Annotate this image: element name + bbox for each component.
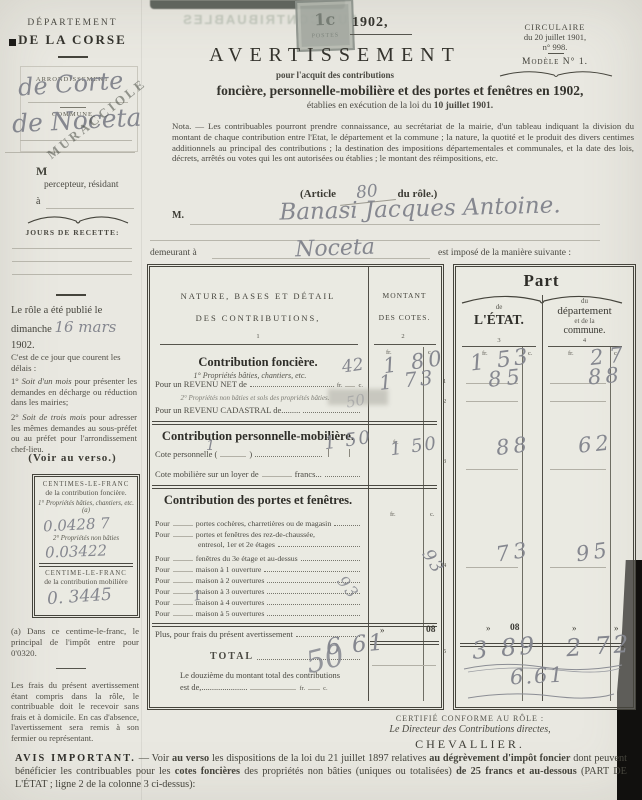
- value-guide: [466, 401, 518, 402]
- ink-grand-total: 6.61: [509, 663, 565, 690]
- total-label: TOTAL: [210, 651, 254, 662]
- delai-1: 1° Soit d'un mois pour présenter les dem…: [11, 376, 137, 408]
- ink-etat-personnelle: 88: [495, 432, 532, 460]
- percepteur-m: M: [36, 164, 47, 179]
- pour-label: Pour: [155, 519, 170, 528]
- portes-row-label: maison à 1 ouverture: [196, 565, 262, 574]
- dept-etla-label: et de la: [542, 317, 627, 325]
- ruled-line: [12, 248, 132, 249]
- delai-2: 2° Soit de trois mois pour adresser les …: [11, 412, 137, 454]
- portes-row-1: Pourportes cochères, charretières ou de …: [155, 519, 363, 528]
- value-guide: [550, 469, 606, 470]
- pour-label: Pour: [155, 565, 170, 574]
- blank-slot: [173, 560, 193, 561]
- avis-b3: au dégrèvement d'impôt foncier: [429, 753, 570, 764]
- avis-t2: les dispositions de la loi du 21 juillet…: [209, 753, 429, 764]
- pour-label: Pour: [155, 530, 170, 539]
- dot-leader: [301, 560, 360, 561]
- percepteur-line: percepteur, résidant: [44, 180, 119, 190]
- value-guide: [466, 469, 518, 470]
- revenu-cadastral-row: Pour un REVENU CADASTRAL de.........: [155, 405, 363, 415]
- dept-frais-fr: »: [572, 623, 577, 633]
- scanned-tax-notice: AUX CONTRIBUABLES 1c POSTES DÉPARTEMENT …: [0, 0, 642, 800]
- certify-signature: CHEVALLIER.: [340, 737, 600, 752]
- portes-row-7: Pourmaison à 4 ouvertures: [155, 598, 363, 607]
- dept-label: département: [542, 305, 627, 317]
- portes-row-5: Pourmaison à 2 ouvertures: [155, 576, 363, 585]
- portes-row-label: maison à 2 ouvertures: [196, 576, 265, 585]
- etat-de-label: de: [456, 303, 542, 311]
- blank-slot: [220, 456, 246, 457]
- annee: 1902,: [352, 15, 389, 31]
- divider: [350, 34, 412, 35]
- dept-fr-label: fr.: [568, 350, 574, 357]
- ruled-line: [12, 261, 132, 262]
- circulaire-block: CIRCULAIRE du 20 juillet 1901, n° 998.: [496, 22, 614, 52]
- centimes-title3: CENTIME-LE-FRANC: [35, 570, 137, 577]
- portes-row-6: Pourmaison à 3 ouvertures: [155, 587, 363, 596]
- centimes-value3-handwritten: 0. 3445: [46, 583, 137, 609]
- dot-leader: [303, 412, 360, 413]
- stamp-word: POSTES: [298, 32, 352, 40]
- inline-c: c.: [358, 382, 363, 389]
- departement-name: DE LA CORSE: [5, 32, 140, 48]
- role-line3: 1902.: [11, 340, 35, 351]
- pour-label: Pour: [155, 576, 170, 585]
- certify-line1: CERTIFIÉ CONFORME AU RÔLE :: [340, 714, 600, 723]
- section-divider: [152, 485, 437, 489]
- centimes-value1-handwritten: 0.0428 7: [43, 513, 138, 536]
- divider: [56, 668, 86, 669]
- nota-paragraph: Nota. — Les contribuables pourront prend…: [172, 121, 634, 164]
- grand-flourish: [466, 691, 616, 701]
- avis-b5: de 25 francs et au-dessous: [456, 766, 577, 777]
- avis-important: AVIS IMPORTANT. — Voir au verso les disp…: [15, 752, 627, 791]
- role-date-handwritten: 16 mars: [54, 318, 116, 336]
- col2-header-rule: [374, 344, 436, 345]
- portes-row-2b: entresol, 1er et 2e étages: [198, 540, 363, 549]
- portes-row-3: Pourfenêtres du 3e étage et au-dessus: [155, 554, 363, 563]
- ink-revenu-net: 42: [341, 355, 365, 378]
- col1-header-line2: DES CONTRIBUTIONS,: [150, 313, 366, 323]
- divider: [58, 56, 88, 61]
- portes-c-label: c.: [430, 511, 435, 518]
- divider: [56, 294, 86, 296]
- col1-header-line1: NATURE, BASES ET DÉTAIL: [150, 291, 366, 301]
- section-portes-title: Contribution des portes et fenêtres.: [150, 493, 366, 508]
- centimes-title1: CENTIMES-LE-FRANC: [35, 481, 137, 488]
- row-index-2: 2: [443, 398, 446, 405]
- ink-etat-fonciere-nonbaties: 85: [487, 364, 526, 392]
- residence-label: demeurant à: [150, 248, 197, 258]
- row-index-5: 5: [443, 648, 446, 655]
- ink-revenu-cadastral: 50: [345, 390, 367, 411]
- blank-slot: [173, 536, 193, 537]
- ruled-line: [46, 208, 134, 209]
- header-line2: foncière, personnelle-mobilière et des p…: [160, 83, 640, 99]
- percepteur-a: à: [36, 196, 40, 207]
- col2-number: 2: [368, 333, 438, 340]
- portes-row-8: Pourmaison à 5 ouvertures: [155, 609, 363, 618]
- blank-slot: [308, 689, 320, 690]
- centimes-item1: 1° Propriétés bâties, chantiers, etc. (a…: [35, 500, 137, 514]
- dot-leader: [267, 615, 360, 616]
- voir-verso: (Voir au verso.): [5, 452, 140, 464]
- pour-label: Pour: [155, 609, 170, 618]
- dot-leader: [325, 476, 360, 477]
- name-label: M.: [172, 210, 184, 221]
- avis-t1: — Voir: [136, 753, 172, 764]
- ink-dept-personnelle: 62: [577, 430, 614, 457]
- residence-handwritten: Noceta: [250, 233, 421, 264]
- name-handwritten: Banasi Jacques Antoine.: [240, 191, 601, 226]
- certify-line2: Le Directeur des Contributions directes,: [340, 724, 600, 735]
- role-line1: Le rôle a été publié le: [11, 305, 102, 316]
- portes-row-label: fenêtres du 3e étage et au-dessus: [196, 554, 298, 563]
- ruled-line: [5, 152, 135, 153]
- delai-1-num: 1°: [11, 376, 22, 386]
- col2-header-line2: DES COTES.: [368, 313, 441, 322]
- dot-leader: [267, 604, 360, 605]
- dot-leader: [278, 546, 360, 547]
- main-subtitle: pour l'acquit des contributions: [170, 70, 500, 80]
- centimes-value2-handwritten: 0.03422: [45, 540, 138, 561]
- col2-header-line1: MONTANT: [368, 291, 441, 300]
- blank-slot: [173, 525, 193, 526]
- pour-label: Pour: [155, 587, 170, 596]
- row-index-1: 1: [443, 378, 446, 385]
- dot-leader: [255, 456, 322, 457]
- divider: [548, 53, 564, 54]
- dept-du-label: du: [542, 297, 627, 305]
- portes-row-4: Pourmaison à 1 ouverture: [155, 565, 363, 574]
- header-line3-date: 10 juillet 1901.: [434, 101, 493, 111]
- etat-label: L'ÉTAT.: [456, 312, 542, 328]
- portes-fr-label: fr.: [390, 511, 396, 518]
- portes-row-label: maison à 3 ouvertures: [196, 587, 265, 596]
- section-divider: [152, 421, 437, 425]
- dot-leader: [264, 571, 360, 572]
- inline-c: c.: [323, 685, 328, 692]
- role-publication: Le rôle a été publié le dimanche 16 mars…: [11, 303, 139, 354]
- stamp-value: 1c: [297, 9, 352, 30]
- frais-note: Les frais du présent avertissement étant…: [11, 680, 139, 743]
- modele-flourish: [498, 69, 614, 79]
- ruled-line: [12, 274, 132, 275]
- section-divider: [152, 623, 437, 627]
- blank-slot: [173, 604, 193, 605]
- value-guide: [550, 567, 606, 568]
- ruled-line: [190, 224, 600, 225]
- pour-label: Pour: [155, 554, 170, 563]
- col1-header-rule: [160, 344, 358, 345]
- revenu-net-label: Pour un REVENU NET de: [155, 379, 247, 389]
- dept-commune-label: commune.: [542, 325, 627, 336]
- header-line3-text: établies en exécution de la loi du: [307, 101, 434, 111]
- col3-number: 3: [456, 337, 542, 344]
- centimes-box: CENTIMES-LE-FRANC de la contribution fon…: [32, 474, 140, 618]
- avis-t4: des propriétés non bâties (uniques ou to…: [240, 766, 456, 777]
- note-a: (a) Dans ce centime-le-franc, le princip…: [11, 626, 139, 659]
- inline-fr: fr.: [337, 382, 343, 389]
- brace-decoration: [26, 214, 130, 226]
- delai-2-em: Soit de trois mois: [22, 412, 86, 422]
- cote-mobiliere-label: Cote mobilière sur un loyer de: [155, 469, 259, 479]
- ink-dept-portes: 95: [574, 538, 612, 567]
- delais-intro: C'est de ce jour que courent les délais …: [11, 352, 137, 374]
- col1-number: 1: [150, 333, 366, 340]
- blank-slot: [173, 571, 193, 572]
- header-line3: établies en exécution de la loi du 10 ju…: [160, 101, 640, 111]
- cote-mobiliere-suffix: francs...: [295, 469, 322, 479]
- circulaire-line1: CIRCULAIRE: [525, 22, 586, 32]
- ink-dept-fonciere-nonbaties: 88: [587, 363, 624, 390]
- ink-etat-total: 3 89: [471, 631, 539, 665]
- part-header: Part: [456, 271, 627, 291]
- douzieme-line2: est de,...................... fr. c.: [180, 683, 363, 692]
- modele-label: Modèle N° 1.: [496, 57, 614, 67]
- ink-cote-personnelle-count: 1: [206, 438, 215, 454]
- dot-leader: [334, 525, 360, 526]
- blank-slot: [173, 615, 193, 616]
- portes-row-label: maison à 4 ouvertures: [196, 598, 265, 607]
- blank-slot: [250, 689, 296, 690]
- frais-c-value: 08: [426, 625, 436, 635]
- cote-mobiliere-row: Cote mobilière sur un loyer de francs...: [155, 469, 363, 479]
- dot-leader: [250, 386, 334, 387]
- delai-2-num: 2°: [11, 412, 22, 422]
- douzieme-label: est de,......................: [180, 683, 247, 692]
- blank-slot: [173, 582, 193, 583]
- circulaire-line2: du 20 juillet 1901,: [524, 32, 586, 42]
- main-title: AVERTISSEMENT: [170, 44, 500, 67]
- portes-row-2: Pourportes et fenêtres des rez-de-chauss…: [155, 530, 363, 539]
- centimes-title2: de la contribution foncière.: [35, 488, 137, 497]
- etat-frais-fr: »: [486, 623, 491, 633]
- departement-label: DÉPARTEMENT: [5, 18, 140, 28]
- residence-suffix: est imposé de la manière suivante :: [438, 248, 571, 258]
- revenu-cadastral-label: Pour un REVENU CADASTRAL de.........: [155, 405, 300, 415]
- inline-fr: fr.: [299, 685, 305, 692]
- avis-b4: cotes foncières: [175, 766, 240, 777]
- avis-b2: au verso: [172, 753, 209, 764]
- etat-frais-c: 08: [510, 623, 520, 633]
- portes-row-label: portes cochères, charretières ou de maga…: [196, 519, 332, 528]
- blank-slot: [173, 593, 193, 594]
- avis-title: AVIS IMPORTANT.: [15, 753, 136, 764]
- montant-frc-divider: [423, 347, 424, 701]
- revenu-net-row: Pour un REVENU NET de fr. c.: [155, 379, 363, 389]
- circulaire-line3: n° 998.: [543, 42, 568, 52]
- delai-1-em: Soit d'un mois: [22, 376, 72, 386]
- portes-row-label: portes et fenêtres des rez-de-chaussée,: [196, 530, 315, 539]
- value-guide: [550, 401, 606, 402]
- row-index-3: 3: [443, 458, 446, 465]
- pour-label: Pour: [155, 598, 170, 607]
- portes-row-label: maison à 5 ouvertures: [196, 609, 265, 618]
- section-fonciere-title: Contribution foncière.: [150, 355, 366, 370]
- ruled-line: [212, 258, 430, 259]
- blank-slot: [345, 386, 355, 387]
- jours-label: JOURS DE RECETTE:: [5, 228, 140, 237]
- cote-personnelle-paren: ): [249, 449, 252, 459]
- blank-slot: [262, 476, 292, 477]
- value-guide: [466, 567, 518, 568]
- total-guide: [372, 665, 436, 666]
- centimes-divider: [39, 563, 133, 567]
- part-column-divider: [542, 295, 543, 701]
- frais-label: Plus, pour frais du présent avertissemen…: [155, 629, 293, 639]
- portes-row-label2: entresol, 1er et 2e étages: [198, 540, 275, 549]
- ink-dept-total: 2 72: [565, 630, 632, 662]
- contributions-table: NATURE, BASES ET DÉTAIL DES CONTRIBUTION…: [147, 264, 444, 710]
- role-line2: dimanche: [11, 324, 52, 335]
